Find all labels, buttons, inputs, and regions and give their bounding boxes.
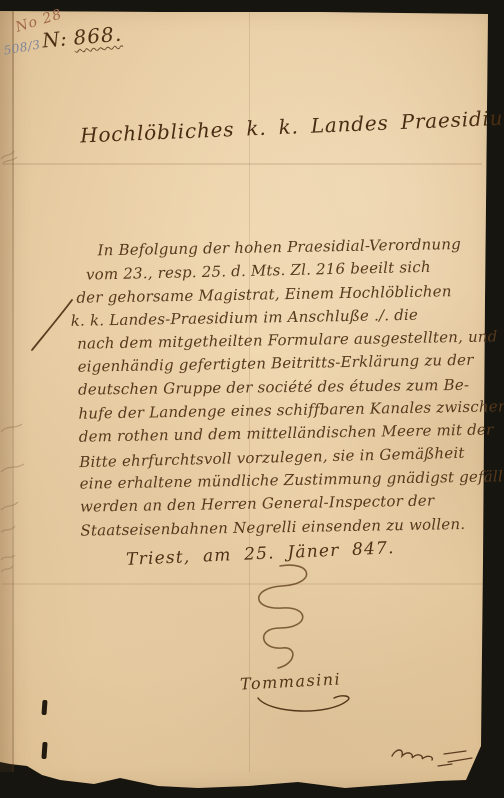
bleedthrough-mark-middle [0, 420, 28, 540]
binding-mark [41, 700, 47, 715]
body-line: deutschen Gruppe der société des études … [78, 373, 502, 401]
scanned-letter-page: No 28 N:868. Hochlöbliches k. k. Landes … [0, 0, 504, 798]
paraph-flourish [218, 562, 338, 674]
bleedthrough-mark-lower [0, 552, 20, 576]
bleedthrough-mark-upper [0, 145, 24, 165]
ink-scribble [388, 742, 488, 772]
letter-body: In Befolgung der hohen Praesidial-Verord… [75, 232, 504, 542]
signature-flourish [250, 690, 360, 716]
